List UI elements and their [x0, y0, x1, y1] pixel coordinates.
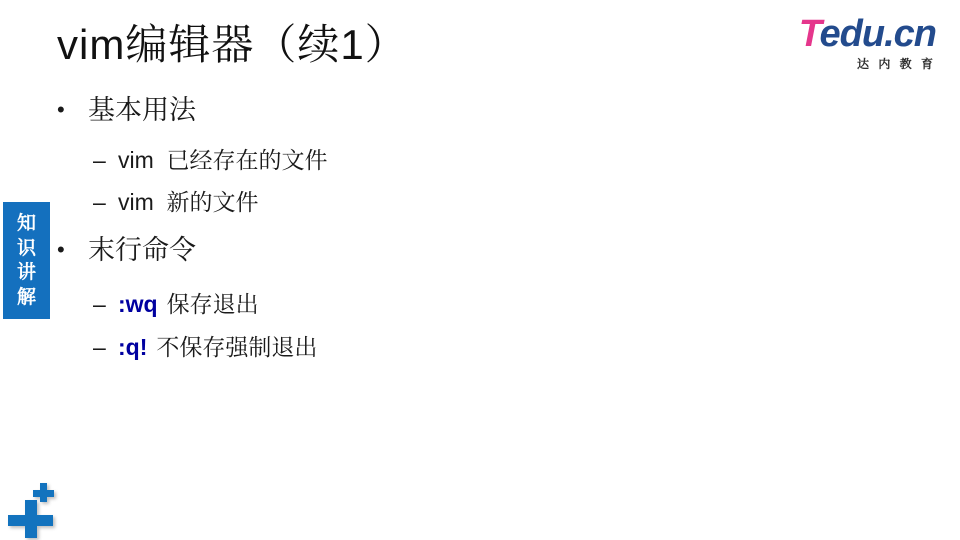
sub-item-vim-existing-file: – vim 已经存在的文件 [93, 146, 328, 175]
tedu-logo: Tedu.cn 达 内 教 育 [799, 14, 936, 72]
sub-item-wq-command: – :wq 保存退出 [93, 290, 259, 319]
sidebar-tab-knowledge: 知 识 讲 解 [3, 202, 50, 319]
command-wq: :wq [118, 290, 158, 319]
sub-item-q-force-command: – :q! 不保存强制退出 [93, 333, 317, 362]
tedu-logo-rest: edu.cn [820, 13, 936, 55]
sub-item-text: vim 新的文件 [118, 188, 259, 217]
sub-item-vim-new-file: – vim 新的文件 [93, 188, 259, 217]
dash-marker: – [93, 333, 118, 362]
page-title: vim编辑器（续1） [57, 20, 408, 70]
slide: vim编辑器（续1） Tedu.cn 达 内 教 育 知 识 讲 解 • 基本用… [0, 0, 960, 540]
bullet-item-basic-usage: • 基本用法 [57, 93, 196, 127]
dash-marker: – [93, 188, 118, 217]
sub-item-text: 不保存强制退出 [156, 333, 317, 362]
plus-icon-bar [40, 483, 47, 502]
sidebar-tab-char: 知 [17, 214, 36, 233]
bullet-marker: • [57, 233, 88, 267]
tedu-logo-subtitle: 达 内 教 育 [799, 55, 936, 72]
sidebar-tab-char: 讲 [17, 263, 36, 282]
plus-icon-bar [25, 500, 37, 538]
bullet-item-lastline-commands: • 末行命令 [57, 233, 196, 267]
bullet-text: 末行命令 [88, 233, 196, 267]
tedu-logo-wordmark: Tedu.cn [799, 14, 936, 54]
command-q-force: :q! [118, 333, 147, 362]
tedu-plus-icon [6, 481, 62, 540]
sub-item-text: 保存退出 [167, 290, 259, 319]
tedu-logo-t: T [799, 13, 820, 55]
bullet-text: 基本用法 [88, 93, 196, 127]
sub-item-text: vim 已经存在的文件 [118, 146, 328, 175]
sidebar-tab-char: 解 [17, 288, 36, 307]
bullet-marker: • [57, 93, 88, 127]
dash-marker: – [93, 290, 118, 319]
dash-marker: – [93, 146, 118, 175]
sidebar-tab-char: 识 [17, 239, 36, 258]
